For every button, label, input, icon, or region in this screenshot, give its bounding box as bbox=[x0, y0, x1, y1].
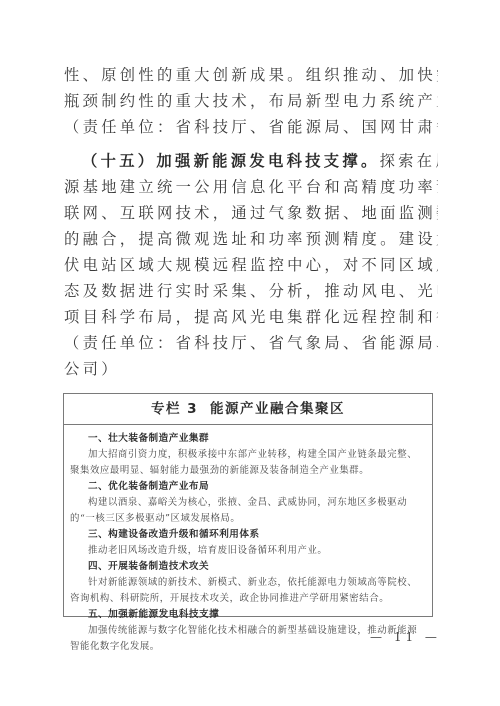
page-number: — 11 — bbox=[370, 630, 441, 644]
box-header: 专栏 3能源产业融合集聚区 bbox=[64, 394, 432, 425]
section-15-heading: （十五）加强新能源发电科技支撑。 bbox=[82, 152, 380, 170]
body-text: 性、原创性的重大创新成果。组织推动、加快突破一批能源领域 瓶颈制约性的重大技术，… bbox=[64, 62, 438, 382]
text-line: 态及数据进行实时采集、分析，推动风电、光电互补运行和后续 bbox=[64, 278, 438, 304]
box-item-title: 五、加强新能源发电科技支撑 bbox=[70, 607, 426, 623]
text-line: 瓶颈制约性的重大技术，布局新型电力系统产业链中试平台。 bbox=[64, 88, 438, 114]
text-line: 公司） bbox=[64, 356, 438, 382]
section-heading-line: （十五）加强新能源发电科技支撑。探索在风电基地和新能 bbox=[64, 148, 438, 174]
sidebar-box-column-3: 专栏 3能源产业融合集聚区 一、壮大装备制造产业集群 加大招商引资力度，积极承接… bbox=[63, 393, 433, 617]
box-item-text: 构建以酒泉、嘉峪关为核心，张掖、金昌、武威协同，河东地区多极驱动的“一核三区多极… bbox=[70, 495, 426, 527]
box-label: 专栏 3 bbox=[151, 401, 198, 417]
document-page: 性、原创性的重大创新成果。组织推动、加快突破一批能源领域 瓶颈制约性的重大技术，… bbox=[0, 0, 500, 706]
box-item-title: 三、构建设备改造升级和循环利用体系 bbox=[70, 527, 426, 543]
text-line: 项目科学布局，提高风光电集群化远程控制和行业管理水平。 bbox=[64, 304, 438, 330]
box-item-text: 加大招商引资力度，积极承接中东部产业转移，构建全国产业链条最完整、聚集效应最明显… bbox=[70, 447, 426, 479]
box-item-text: 针对新能源领域的新技术、新模式、新业态，依托能源电力领域高等院校、咨询机构、科研… bbox=[70, 575, 426, 607]
text-line: （责任单位：省科技厅、省气象局、省能源局、国网甘肃省电力 bbox=[64, 330, 438, 356]
box-item-title: 二、优化装备制造产业布局 bbox=[70, 479, 426, 495]
box-item-text: 推动老旧风场改造升级，培育废旧设备循环利用产业。 bbox=[70, 543, 426, 559]
box-title: 能源产业融合集聚区 bbox=[210, 401, 345, 417]
text-line: （责任单位：省科技厅、省能源局、国网甘肃省电力公司） bbox=[64, 114, 438, 140]
text-line: 的融合，提高微观选址和功率预测精度。建设大规模风电场、光 bbox=[64, 226, 438, 252]
text-line: 源基地建立统一公用信息化平台和高精度功率预测系统，结合物 bbox=[64, 174, 438, 200]
text-fragment: 探索在风电基地和新能 bbox=[380, 152, 438, 170]
text-line: 性、原创性的重大创新成果。组织推动、加快突破一批能源领域 bbox=[64, 62, 438, 88]
box-item-title: 一、壮大装备制造产业集群 bbox=[70, 431, 426, 447]
box-body: 一、壮大装备制造产业集群 加大招商引资力度，积极承接中东部产业转移，构建全国产业… bbox=[64, 425, 432, 655]
box-item-title: 四、开展装备制造技术攻关 bbox=[70, 559, 426, 575]
text-line: 伏电站区域大规模远程监控中心，对不同区域风电、光电运行状 bbox=[64, 252, 438, 278]
text-line: 联网、互联网技术，通过气象数据、地面监测数据及传感器数据 bbox=[64, 200, 438, 226]
